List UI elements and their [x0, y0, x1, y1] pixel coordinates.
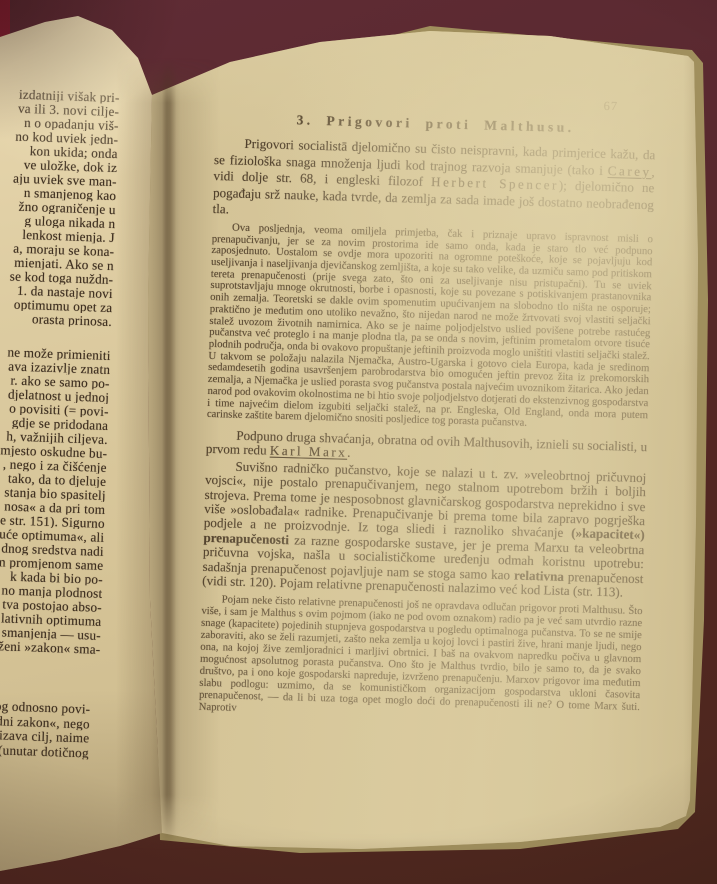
left-page-block: izdatniji višak pri-va ili 3. novi cilje… — [0, 86, 120, 328]
text-segment: Herbert Spencer — [431, 174, 559, 193]
text-segment: Karl Marx — [270, 443, 348, 460]
right-page-text: 67 3. Prigovori proti Malthusu. Prigovor… — [199, 88, 657, 725]
text-segment: Ova posljednja, veoma omiljela primjetba… — [207, 221, 653, 429]
right-page-paragraphs: Prigovori socialistā djelomično su čisto… — [199, 135, 656, 725]
text-segment: . — [347, 445, 351, 460]
open-book-photo: izdatniji višak pri-va ili 3. novi cilje… — [0, 0, 717, 884]
left-page-block: ne može primienitiava izazivlje znatnr. … — [0, 344, 111, 656]
text-segment: Pojam neke čisto relativne prenapučenost… — [199, 594, 643, 714]
paragraph: Prigovori socialistā djelomično su čisto… — [212, 135, 655, 230]
left-page-line: orasta prinosa. — [0, 310, 112, 328]
paragraph: Ova posljednja, veoma omiljela primjetba… — [207, 222, 653, 433]
chapter-heading: 3. Prigovori proti Malthusu. — [215, 110, 656, 138]
left-page-text: izdatniji višak pri-va ili 3. novi cilje… — [0, 86, 120, 760]
left-page-line: (unutar dotičnog — [0, 741, 89, 759]
page-number: 67 — [603, 99, 618, 114]
left-page-line: ženi »zakon« sma- — [0, 638, 101, 656]
left-page-block: nog odnosno povi-odni zakon«, negostizav… — [0, 698, 99, 761]
paragraph: Pojam neke čisto relativne prenapučenost… — [199, 593, 643, 725]
paragraph: Suvišno radničko pučanstvo, koje se nala… — [202, 459, 646, 601]
text-segment: Carey — [608, 163, 652, 179]
